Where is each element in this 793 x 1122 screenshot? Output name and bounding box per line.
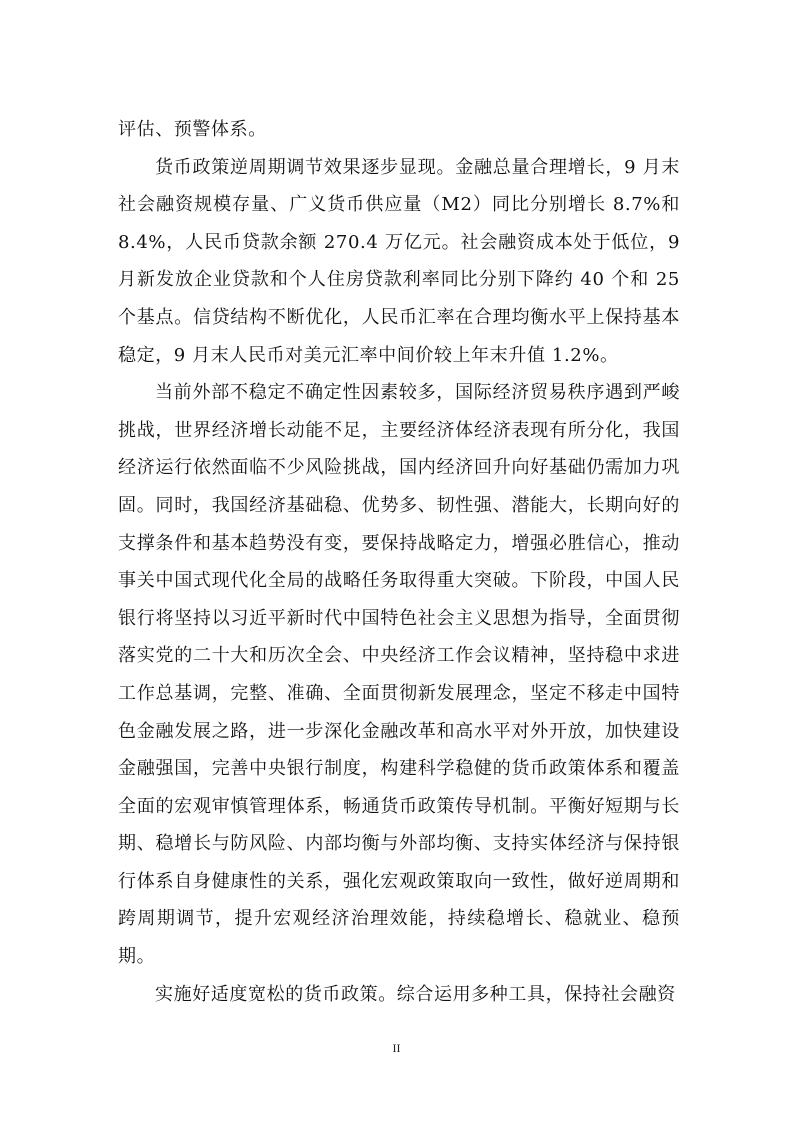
document-page-body: 评估、预警体系。 货币政策逆周期调节效果逐步显现。金融总量合理增长，9 月末社会… [118, 111, 680, 1013]
paragraph-monetary-policy-effects: 货币政策逆周期调节效果逐步显现。金融总量合理增长，9 月末社会融资规模存量、广义… [118, 149, 680, 375]
paragraph-moderately-loose-policy: 实施好适度宽松的货币政策。综合运用多种工具，保持社会融资 [118, 976, 680, 1014]
page-number: II [0, 1041, 793, 1056]
paragraph-outlook: 当前外部不稳定不确定性因素较多，国际经济贸易秩序遇到严峻挑战，世界经济增长动能不… [118, 374, 680, 976]
paragraph-continuation: 评估、预警体系。 [118, 111, 680, 149]
